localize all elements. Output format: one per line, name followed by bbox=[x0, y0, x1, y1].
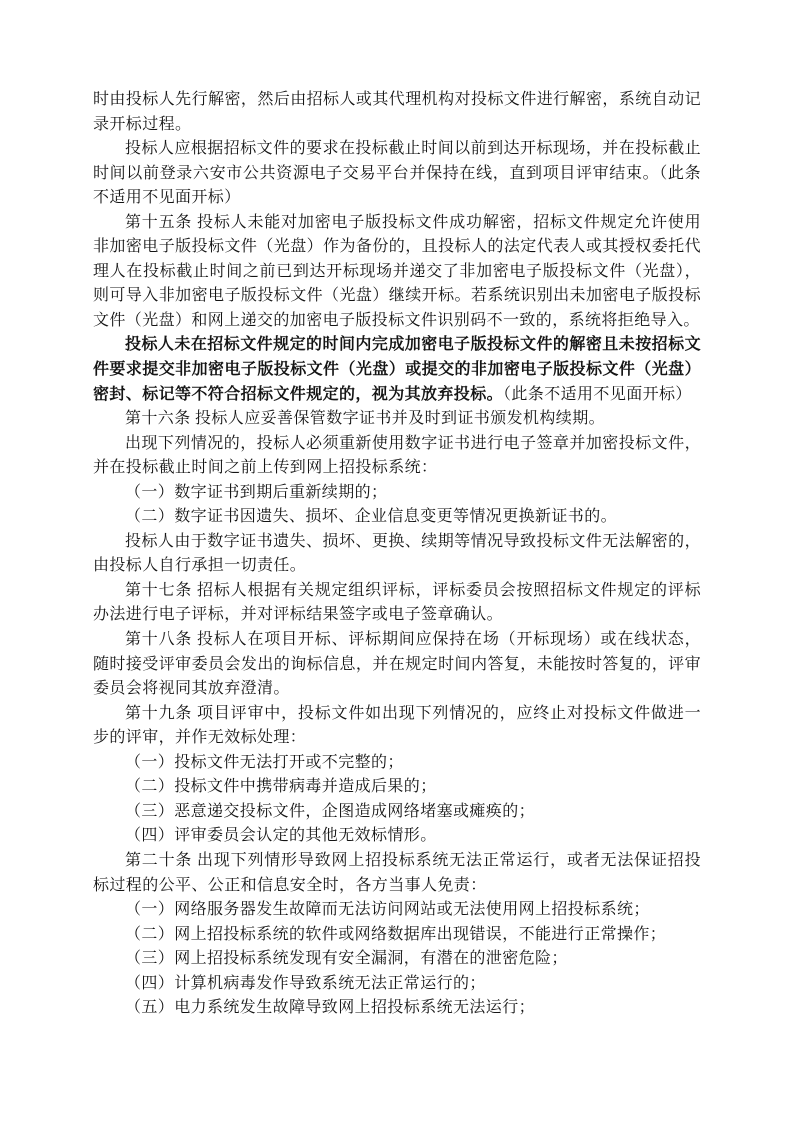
para-forfeit-bid-rule: 投标人未在招标文件规定的时间内完成加密电子版投标文件的解密且未按招标文件要求提交… bbox=[93, 333, 701, 407]
clause-15: 第十五条 投标人未能对加密电子版投标文件成功解密，招标文件规定允许使用非加密电子… bbox=[93, 211, 701, 334]
item-invalid-bid-2: （二）投标文件中携带病毒并造成后果的； bbox=[93, 775, 701, 800]
clause-16: 第十六条 投标人应妥善保管数字证书并及时到证书颁发机构续期。 bbox=[93, 407, 701, 432]
item-cert-renewal: （一）数字证书到期后重新续期的； bbox=[93, 481, 701, 506]
document-page: 时由投标人先行解密，然后由招标人或其代理机构对投标文件进行解密，系统自动记录开标… bbox=[0, 0, 794, 1122]
item-invalid-bid-1: （一）投标文件无法打开或不完整的； bbox=[93, 751, 701, 776]
clause-17: 第十七条 招标人根据有关规定组织评标，评标委员会按照招标文件规定的评标办法进行电… bbox=[93, 579, 701, 628]
item-cert-replacement: （二）数字证书因遗失、损坏、企业信息变更等情况更换新证书的。 bbox=[93, 505, 701, 530]
para-decrypt-continuation: 时由投标人先行解密，然后由招标人或其代理机构对投标文件进行解密，系统自动记录开标… bbox=[93, 88, 701, 137]
document-text-block: 时由投标人先行解密，然后由招标人或其代理机构对投标文件进行解密，系统自动记录开标… bbox=[93, 88, 701, 1021]
item-exemption-4: （四）计算机病毒发作导致系统无法正常运行的； bbox=[93, 972, 701, 997]
para-arrival-requirement: 投标人应根据招标文件的要求在投标截止时间以前到达开标现场，并在投标截止时间以前登… bbox=[93, 137, 701, 211]
item-invalid-bid-4: （四）评审委员会认定的其他无效标情形。 bbox=[93, 824, 701, 849]
item-exemption-5: （五）电力系统发生故障导致网上招投标系统无法运行； bbox=[93, 996, 701, 1021]
para-cert-cases-intro: 出现下列情况的，投标人必须重新使用数字证书进行电子签章并加密投标文件，并在投标截… bbox=[93, 432, 701, 481]
clause-20: 第二十条 出现下列情形导致网上招投标系统无法正常运行，或者无法保证招投标过程的公… bbox=[93, 849, 701, 898]
item-exemption-3: （三）网上招投标系统发现有安全漏洞，有潜在的泄密危险； bbox=[93, 947, 701, 972]
para-cert-liability: 投标人由于数字证书遗失、损坏、更换、续期等情况导致投标文件无法解密的，由投标人自… bbox=[93, 530, 701, 579]
clause-19: 第十九条 项目评审中，投标文件如出现下列情况的，应终止对投标文件做进一步的评审，… bbox=[93, 702, 701, 751]
item-exemption-2: （二）网上招投标系统的软件或网络数据库出现错误，不能进行正常操作； bbox=[93, 923, 701, 948]
clause-18: 第十八条 投标人在项目开标、评标期间应保持在场（开标现场）或在线状态，随时接受评… bbox=[93, 628, 701, 702]
item-invalid-bid-3: （三）恶意递交投标文件，企图造成网络堵塞或瘫痪的； bbox=[93, 800, 701, 825]
item-exemption-1: （一）网络服务器发生故障而无法访问网站或无法使用网上招投标系统； bbox=[93, 898, 701, 923]
para-forfeit-bid-rule-tail: （此条不适用不见面开标） bbox=[503, 386, 692, 403]
